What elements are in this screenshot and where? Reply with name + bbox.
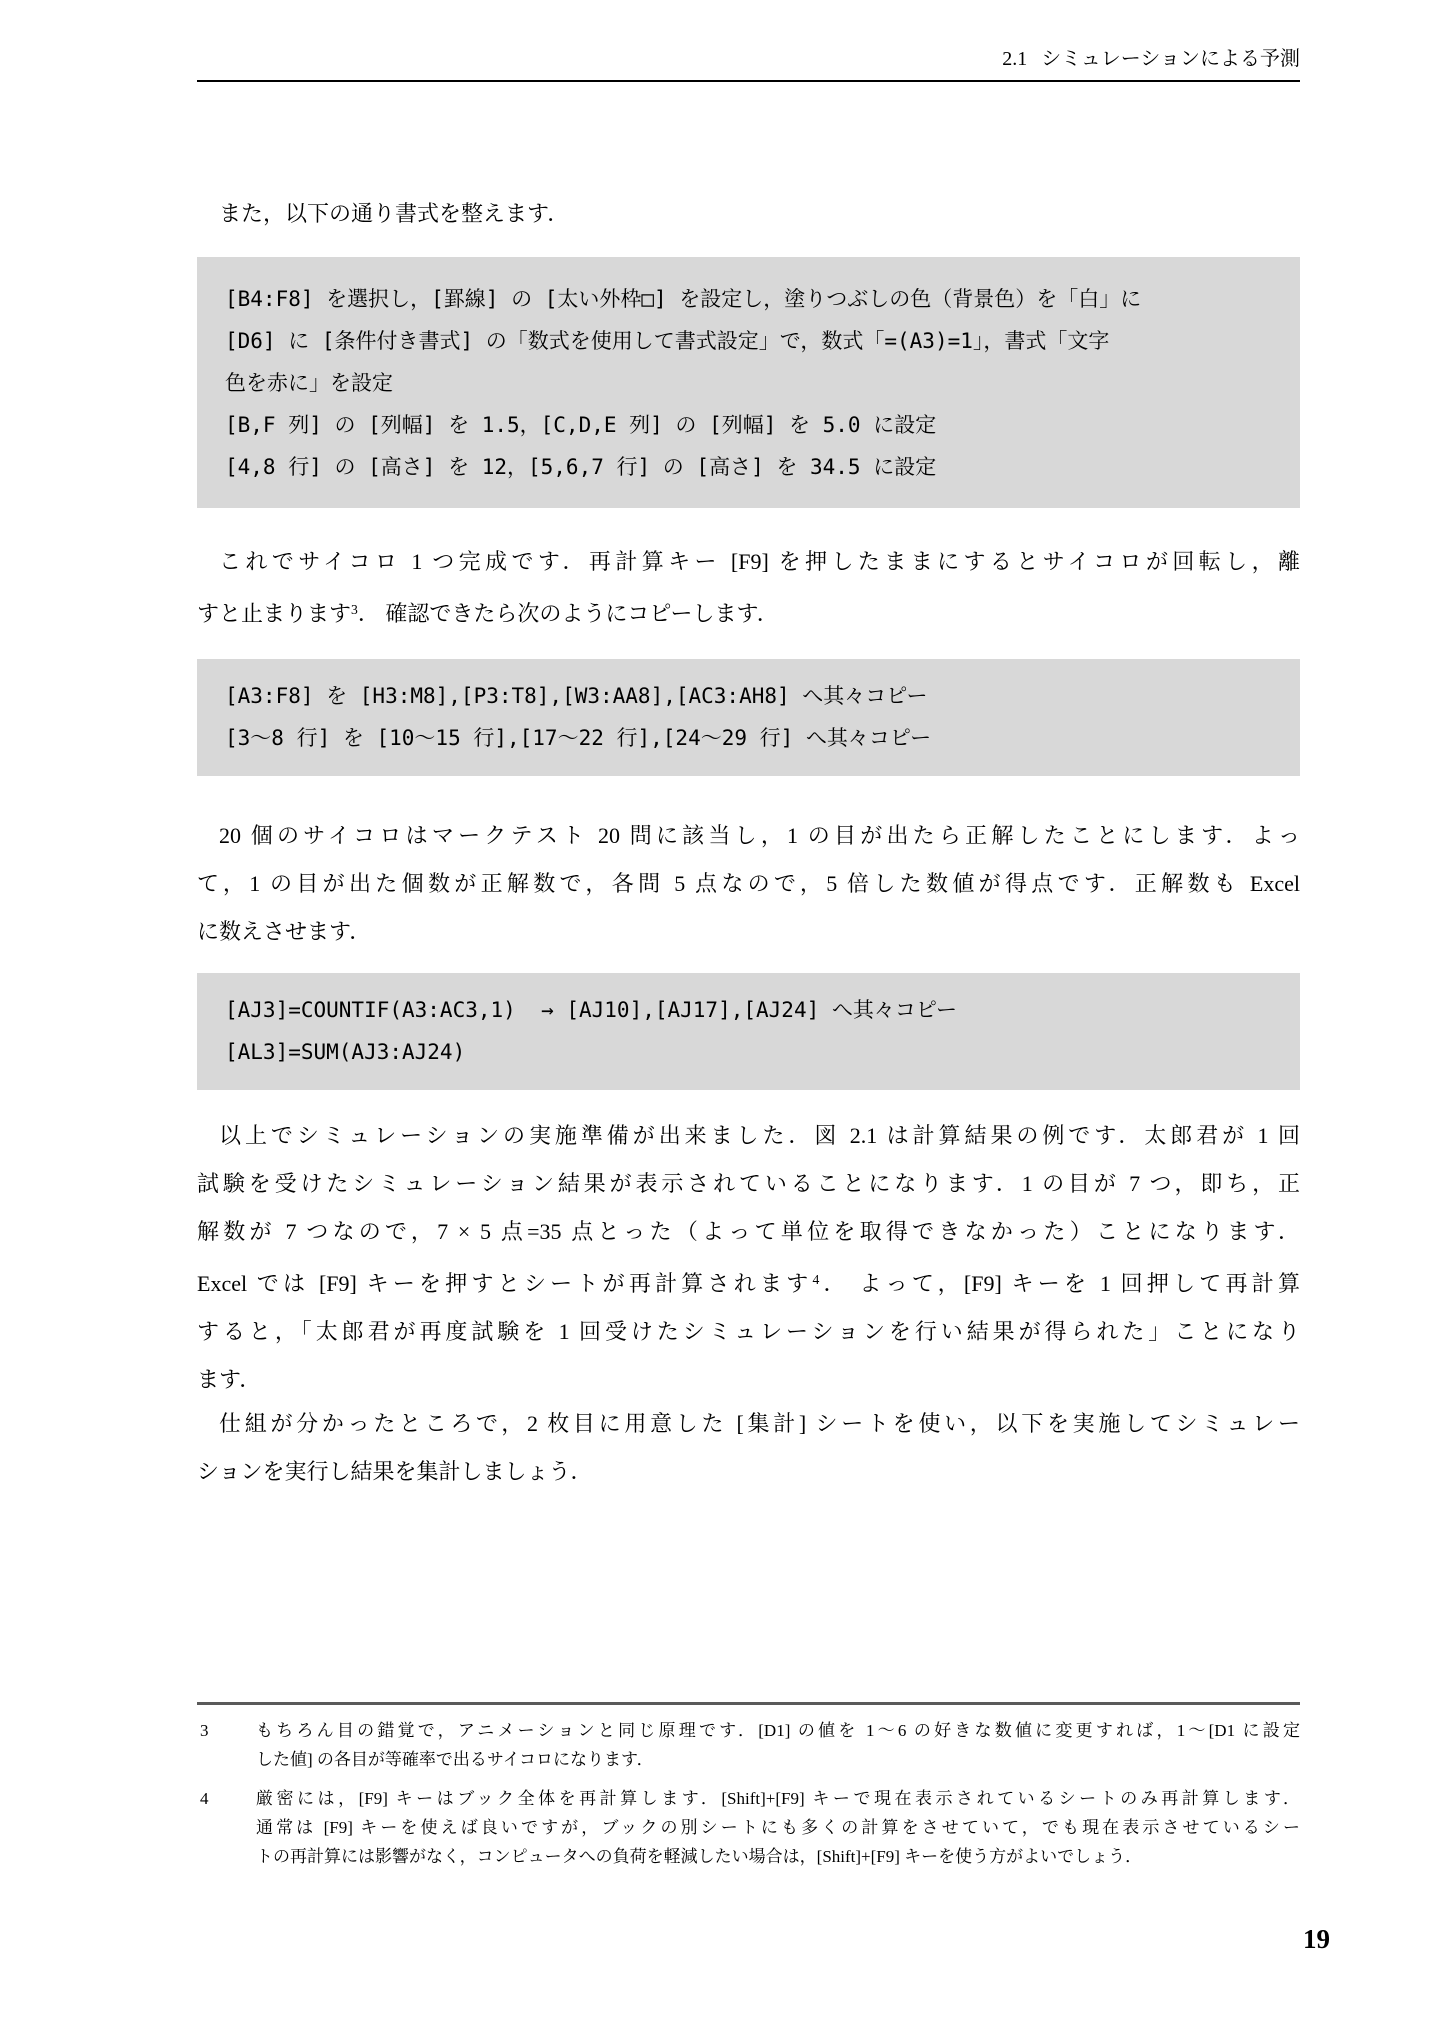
paragraph-aggregate-sheet: 仕組が分かったところで，2 枚目に用意した [集計] シートを使い，以下を実施し… [197,1400,1300,1496]
text-line: に数えさせます． [197,908,1300,956]
text-segment: ． 確認できたら次のようにコピーします． [358,601,779,626]
text-line: [D6] に [条件付き書式] の「数式を使用して書式設定」で，数式「=(A3)… [225,320,1276,362]
text-line: ションを実行し結果を集計しましょう． [197,1448,1300,1496]
text-line: 通常は [F9] キーを使えば良いですが，ブックの別シートにも多くの計算をさせて… [256,1813,1300,1842]
text-line: トの再計算には影響がなく，コンピュータへの負荷を軽減したい場合は，[Shift]… [256,1842,1300,1871]
text-line: て，1 の目が出た個数が正解数で，各問 5 点なので，5 倍した数値が得点です．… [197,860,1300,908]
section-number: 2.1 [1002,48,1027,70]
text-line: すと止まります3． 確認できたら次のようにコピーします． [197,586,1300,638]
footnote-reference: 3 [351,602,358,617]
text-line: [4,8 行] の [高さ] を 12，[5,6,7 行] の [高さ] を 3… [225,446,1276,488]
text-line: Excel では [F9] キーを押すとシートが再計算されます4． よって，[F… [197,1256,1300,1308]
text-line: [B4:F8] を選択し，[罫線] の [太い外枠□] を設定し，塗りつぶしの色… [225,278,1276,320]
paragraph-dice-complete: これでサイコロ 1 つ完成です．再計算キー [F9] を押したままにするとサイコ… [197,538,1300,638]
code-block-countif: [AJ3]=COUNTIF(A3:AC3,1) → [AJ10],[AJ17],… [197,973,1300,1090]
text-line: これでサイコロ 1 つ完成です．再計算キー [F9] を押したままにするとサイコ… [197,538,1300,586]
page-number: 19 [197,1924,1330,1955]
text-line: [AJ3]=COUNTIF(A3:AC3,1) → [AJ10],[AJ17],… [225,989,1276,1031]
header-rule [197,80,1300,82]
footnote-marker: 4 [197,1784,256,1871]
text-segment: ． よって，[F9] キーを 1 回押して再計算 [819,1271,1300,1296]
running-header: 2.1シミュレーションによる予測 [197,44,1300,74]
text-line: もちろん目の錯覚で，アニメーションと同じ原理です．[D1] の値を 1〜6 の好… [256,1716,1300,1745]
text-line: 20 個のサイコロはマークテスト 20 問に該当し，1 の目が出たら正解したこと… [197,812,1300,860]
text-line: 色を赤に」を設定 [225,362,1276,404]
paragraph-simulation-ready: 以上でシミュレーションの実施準備が出来ました．図 2.1 は計算結果の例です．太… [197,1112,1300,1404]
section-title: シミュレーションによる予測 [1041,48,1300,70]
text-line: 厳密には，[F9] キーはブック全体を再計算します．[Shift]+[F9] キ… [256,1784,1300,1813]
footnote-3: 3 もちろん目の錯覚で，アニメーションと同じ原理です．[D1] の値を 1〜6 … [197,1716,1300,1774]
code-block-formatting: [B4:F8] を選択し，[罫線] の [太い外枠□] を設定し，塗りつぶしの色… [197,257,1300,508]
text-line: また，以下の通り書式を整えます． [197,190,1300,238]
paragraph-intro: また，以下の通り書式を整えます． [197,190,1300,238]
text-line: 解数が 7 つなので，7 × 5 点=35 点とった（よって単位を取得できなかっ… [197,1208,1300,1256]
text-line: [3〜8 行] を [10〜15 行],[17〜22 行],[24〜29 行] … [225,717,1276,759]
code-block-copy: [A3:F8] を [H3:M8],[P3:T8],[W3:AA8],[AC3:… [197,659,1300,776]
text-segment: Excel では [F9] キーを押すとシートが再計算されます [197,1271,812,1296]
footnote-text: 厳密には，[F9] キーはブック全体を再計算します．[Shift]+[F9] キ… [256,1784,1300,1871]
text-line: [B,F 列] の [列幅] を 1.5，[C,D,E 列] の [列幅] を … [225,404,1276,446]
text-segment: すと止まります [197,601,351,626]
text-line: [AL3]=SUM(AJ3:AJ24) [225,1031,1276,1073]
text-line: した値] の各目が等確率で出るサイコロになります． [256,1745,1300,1774]
text-line: 仕組が分かったところで，2 枚目に用意した [集計] シートを使い，以下を実施し… [197,1400,1300,1448]
text-line: すると，「太郎君が再度試験を 1 回受けたシミュレーションを行い結果が得られた」… [197,1308,1300,1356]
footnote-text: もちろん目の錯覚で，アニメーションと同じ原理です．[D1] の値を 1〜6 の好… [256,1716,1300,1774]
text-line: [A3:F8] を [H3:M8],[P3:T8],[W3:AA8],[AC3:… [225,675,1276,717]
footnote-marker: 3 [197,1716,256,1774]
paragraph-marktest: 20 個のサイコロはマークテスト 20 問に該当し，1 の目が出たら正解したこと… [197,812,1300,956]
text-line: 以上でシミュレーションの実施準備が出来ました．図 2.1 は計算結果の例です．太… [197,1112,1300,1160]
footnote-4: 4 厳密には，[F9] キーはブック全体を再計算します．[Shift]+[F9]… [197,1784,1300,1871]
text-line: ます． [197,1356,1300,1404]
text-line: 試験を受けたシミュレーション結果が表示されていることになります．1 の目が 7 … [197,1160,1300,1208]
document-page: 2.1シミュレーションによる予測 また，以下の通り書式を整えます． [B4:F8… [0,0,1433,2024]
footnote-rule [197,1702,1300,1705]
